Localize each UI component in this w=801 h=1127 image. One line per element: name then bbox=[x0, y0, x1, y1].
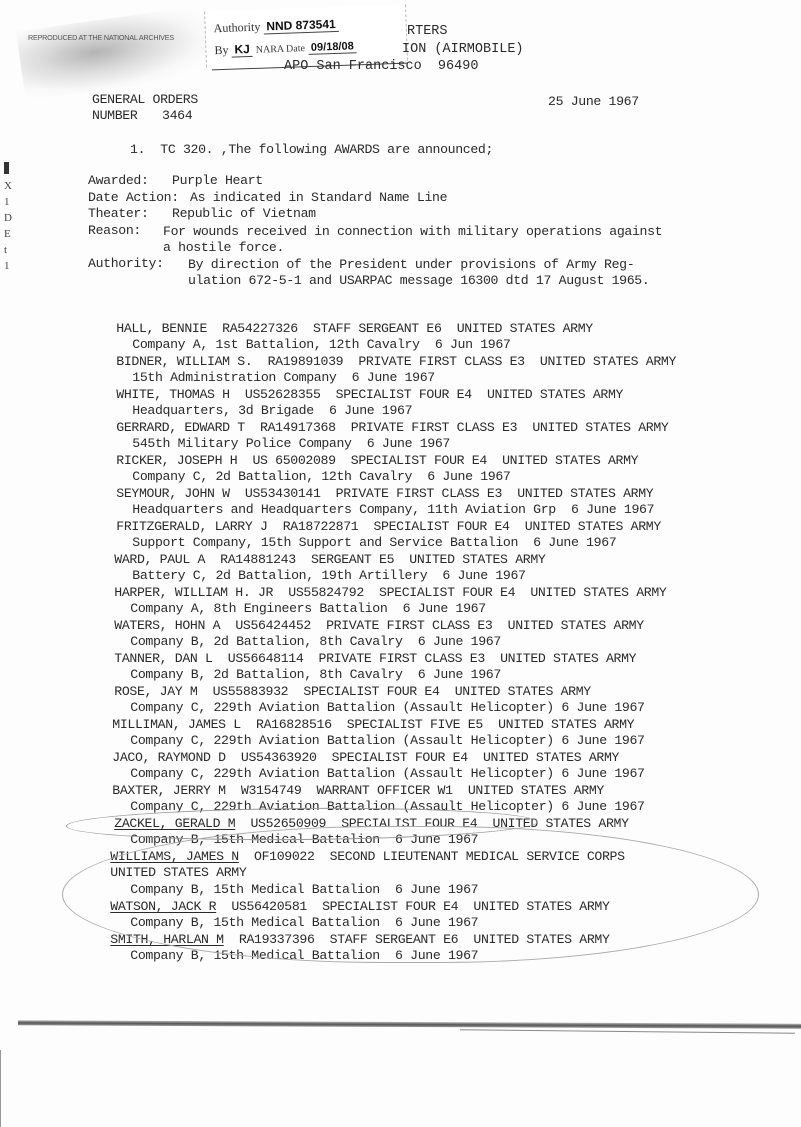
page-edge-line bbox=[460, 1029, 795, 1034]
recipient-branch: UNITED STATES ARMY bbox=[487, 387, 623, 402]
letterhead-line-3: APO San Francisco 96490 bbox=[284, 59, 478, 74]
recipient-branch: UNITED STATES ARMY bbox=[530, 585, 666, 600]
stamp-authority-label: Authority bbox=[213, 20, 260, 36]
reason-label: Reason: bbox=[88, 223, 141, 239]
national-archives-label: REPRODUCED AT THE NATIONAL ARCHIVES bbox=[28, 33, 174, 42]
letterhead-line-2: ION (AIRMOBILE) bbox=[402, 42, 524, 57]
theater-value: Republic of Vietnam bbox=[172, 206, 316, 222]
date-action-value: As indicated in Standard Name Line bbox=[190, 190, 447, 206]
stamp-by-label: By bbox=[214, 43, 228, 57]
awarded-value: Purple Heart bbox=[172, 173, 263, 189]
awarded-label: Awarded: bbox=[88, 173, 149, 189]
margin-mark: t bbox=[4, 244, 7, 256]
recipient-branch: UNITED STATES ARMY bbox=[500, 651, 636, 666]
orders-title: GENERAL ORDERS bbox=[92, 92, 198, 108]
page-edge-shadow bbox=[18, 1020, 801, 1028]
stamp-authority-value: NND 873541 bbox=[263, 17, 339, 35]
margin-mark: D bbox=[4, 212, 12, 224]
orders-number: 3464 bbox=[162, 108, 192, 124]
recipient-date: 6 June 1967 bbox=[533, 535, 616, 550]
orders-paragraph: 1. TC 320. ,The following AWARDS are ann… bbox=[130, 142, 493, 158]
orders-number-label: NUMBER bbox=[92, 108, 137, 124]
authority-value-line-1: By direction of the President under prov… bbox=[188, 257, 634, 273]
pencil-circle-annotation bbox=[62, 826, 759, 963]
page-edge-left bbox=[0, 1050, 1, 1127]
reason-value-line-1: For wounds received in connection with m… bbox=[163, 224, 662, 240]
margin-mark: X bbox=[4, 180, 12, 192]
authority-value-line-2: ulation 672-5-1 and USARPAC message 1630… bbox=[188, 273, 649, 289]
recipient-branch: UNITED STATES ARMY bbox=[502, 453, 638, 468]
recipient-branch: UNITED STATES ARMY bbox=[532, 420, 668, 435]
orders-date: 25 June 1967 bbox=[548, 94, 639, 110]
stamp-authority-row: Authority NND 873541 bbox=[213, 17, 338, 36]
recipient-branch: UNITED STATES ARMY bbox=[508, 618, 644, 633]
date-action-label: Date Action: bbox=[88, 190, 179, 206]
reason-value-line-2: a hostile force. bbox=[163, 240, 284, 256]
authority-label: Authority: bbox=[88, 256, 164, 272]
margin-mark: 1 bbox=[4, 196, 10, 208]
letterhead-line-1: RTERS bbox=[407, 24, 448, 39]
stamp-nara-date-label: NARA Date bbox=[256, 43, 306, 56]
theater-label: Theater: bbox=[88, 206, 149, 222]
margin-mark-block bbox=[4, 162, 9, 174]
stamp-by-row: By KJ NARA Date 09/18/08 bbox=[214, 38, 357, 58]
stamp-nara-date-value: 09/18/08 bbox=[308, 40, 357, 55]
recipient-branch: UNITED STATES ARMY bbox=[540, 354, 676, 369]
margin-mark: 1 bbox=[4, 260, 10, 272]
scan-smudge bbox=[16, 5, 214, 101]
margin-mark: E bbox=[4, 228, 11, 240]
stamp-by-value: KJ bbox=[231, 42, 253, 58]
